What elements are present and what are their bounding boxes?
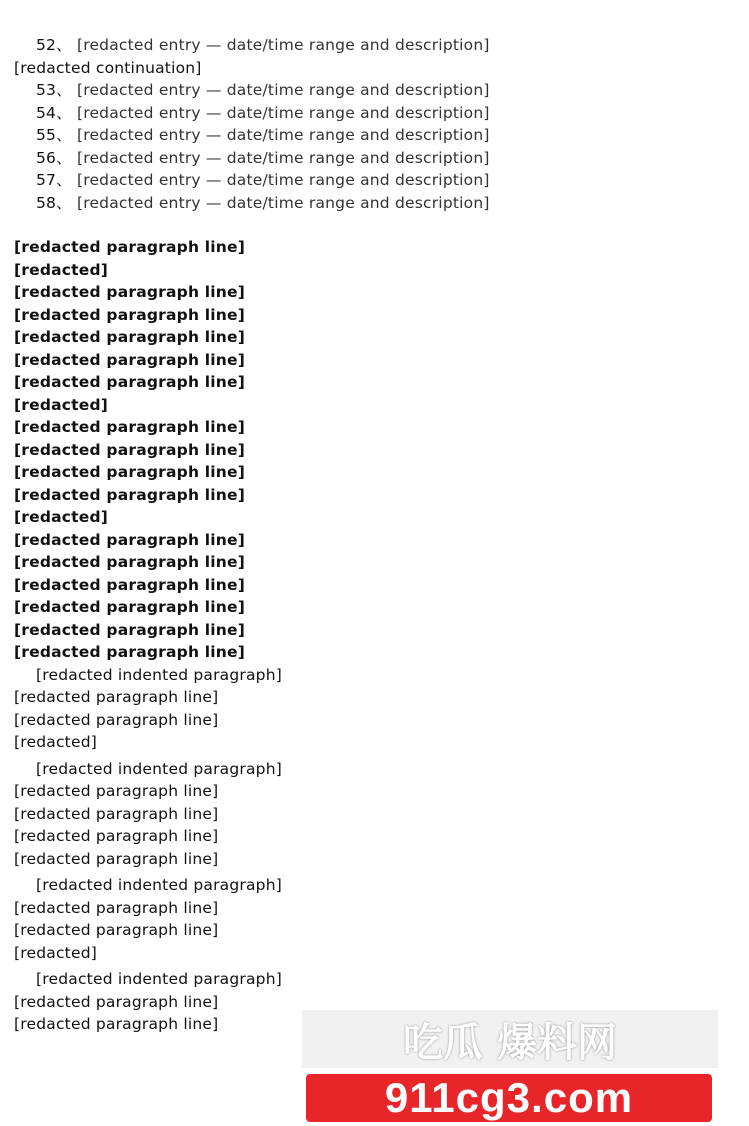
watermark-logo: 吃瓜 爆料网 bbox=[302, 1010, 718, 1068]
paragraph-line: [redacted paragraph line] bbox=[14, 349, 736, 372]
indented-paragraph-block: [redacted indented paragraph] [redacted … bbox=[14, 664, 736, 1036]
paragraph-line: [redacted paragraph line] bbox=[14, 619, 736, 642]
list-item-53: 53、 [redacted entry — date/time range an… bbox=[14, 79, 736, 102]
numbered-list: 52、 [redacted entry — date/time range an… bbox=[14, 34, 736, 214]
paragraph-line: [redacted paragraph line] bbox=[14, 641, 736, 664]
indented-paragraph-1: [redacted indented paragraph] [redacted … bbox=[14, 664, 736, 754]
paragraph-line: [redacted paragraph line] bbox=[14, 439, 736, 462]
indented-paragraph-2: [redacted indented paragraph] [redacted … bbox=[14, 758, 736, 871]
list-item-54: 54、 [redacted entry — date/time range an… bbox=[14, 102, 736, 125]
paragraph-block: [redacted paragraph line] [redacted] [re… bbox=[14, 236, 736, 664]
section-gap bbox=[14, 214, 736, 236]
list-item-52: 52、 [redacted entry — date/time range an… bbox=[14, 34, 736, 57]
paragraph-line: [redacted] bbox=[14, 506, 736, 529]
document-body: 52、 [redacted entry — date/time range an… bbox=[14, 0, 736, 1036]
paragraph-line: [redacted paragraph line] bbox=[14, 484, 736, 507]
list-item-56: 56、 [redacted entry — date/time range an… bbox=[14, 147, 736, 170]
watermark-url-badge: 911cg3.com bbox=[306, 1074, 712, 1122]
list-item-58: 58、 [redacted entry — date/time range an… bbox=[14, 192, 736, 215]
paragraph-line: [redacted paragraph line] bbox=[14, 236, 736, 259]
paragraph-line: [redacted paragraph line] bbox=[14, 551, 736, 574]
list-item-55: 55、 [redacted entry — date/time range an… bbox=[14, 124, 736, 147]
paragraph-line: [redacted paragraph line] bbox=[14, 326, 736, 349]
paragraph-line: [redacted paragraph line] bbox=[14, 574, 736, 597]
paragraph-line: [redacted paragraph line] bbox=[14, 529, 736, 552]
paragraph-line: [redacted] bbox=[14, 259, 736, 282]
paragraph-line: [redacted paragraph line] bbox=[14, 281, 736, 304]
paragraph-line: [redacted paragraph line] bbox=[14, 304, 736, 327]
list-item-52-continuation: [redacted continuation] bbox=[14, 57, 736, 80]
paragraph-line: [redacted paragraph line] bbox=[14, 416, 736, 439]
paragraph-line: [redacted] bbox=[14, 394, 736, 417]
paragraph-line: [redacted paragraph line] bbox=[14, 461, 736, 484]
list-item-57: 57、 [redacted entry — date/time range an… bbox=[14, 169, 736, 192]
indented-paragraph-3: [redacted indented paragraph] [redacted … bbox=[14, 874, 736, 964]
paragraph-line: [redacted paragraph line] bbox=[14, 596, 736, 619]
paragraph-line: [redacted paragraph line] bbox=[14, 371, 736, 394]
